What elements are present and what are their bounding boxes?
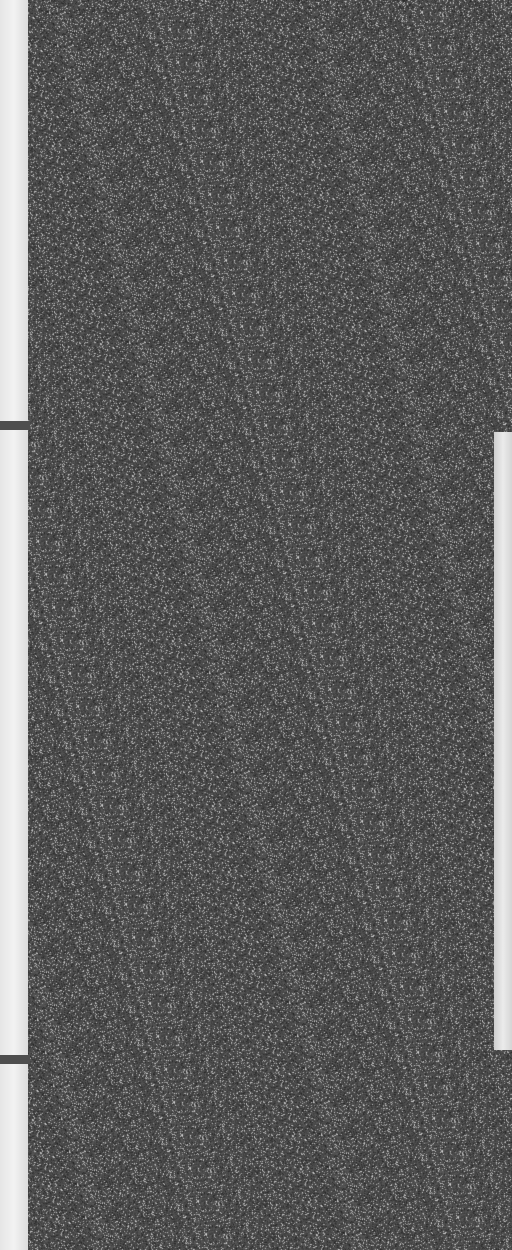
right-lane-dash — [494, 432, 512, 1050]
asphalt-texture — [0, 0, 512, 1250]
edge-line-joint — [0, 421, 30, 430]
road-scene — [0, 0, 512, 1250]
edge-line-joint — [0, 1055, 30, 1064]
